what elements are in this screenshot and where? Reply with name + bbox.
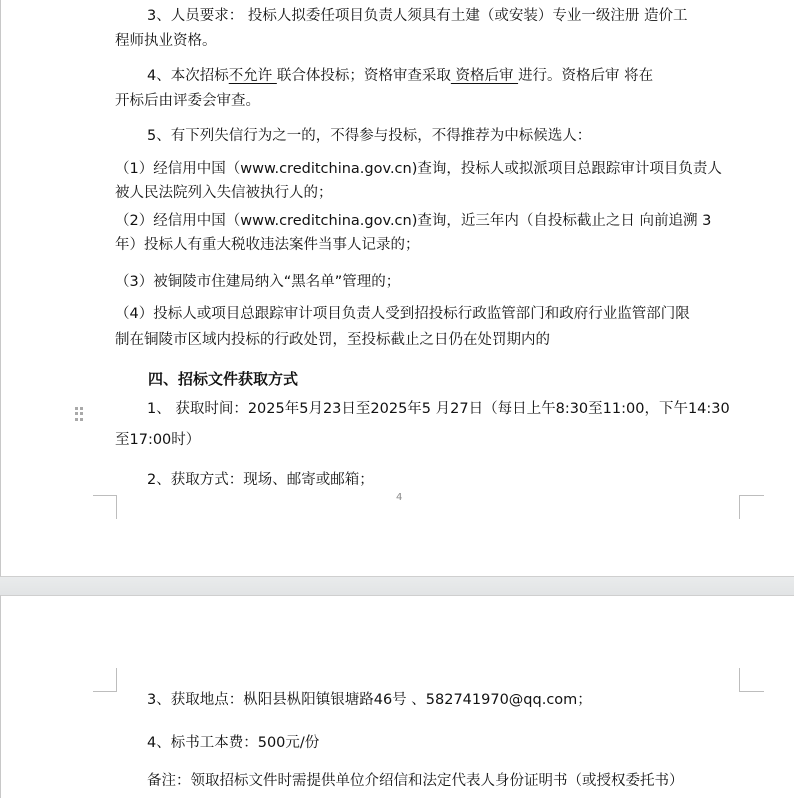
list-item-4-cont[interactable]: 制在铜陵市区域内投标的行政处罚，至投标截止之日仍在处罚期内的 — [115, 330, 550, 350]
underlined-field-post-qualification: 资格后审 — [451, 68, 518, 84]
paragraph-document-fee[interactable]: 4、标书工本费：500元/份 — [147, 733, 319, 753]
section-heading-4[interactable]: 四、招标文件获取方式 — [148, 369, 298, 389]
paragraph-personnel-requirements[interactable]: 3、人员要求： 投标人拟委任项目负责人须具有土建（或安装）专业一级注册 造价工 — [147, 6, 687, 26]
document-page-4: 3、人员要求： 投标人拟委任项目负责人须具有土建（或安装）专业一级注册 造价工 … — [0, 0, 794, 577]
list-item-1[interactable]: （1）经信用中国（www.creditchina.gov.cn)查询，投标人或拟… — [115, 159, 722, 179]
text-segment: 联合体投标；资格审查采取 — [277, 68, 451, 84]
margin-mark-top-right — [739, 668, 764, 692]
paragraph-dishonesty-intro[interactable]: 5、有下列失信行为之一的，不得参与投标，不得推荐为中标候选人： — [147, 126, 591, 146]
list-item-2-cont[interactable]: 年）投标人有重大税收违法案件当事人记录的； — [115, 235, 420, 255]
paragraph-acquisition-time-cont[interactable]: 至17:00时） — [115, 430, 200, 450]
paragraph-acquisition-method[interactable]: 2、获取方式：现场、邮寄或邮箱； — [147, 470, 374, 490]
margin-mark-bottom-left — [93, 495, 117, 519]
paragraph-consortium[interactable]: 4、本次招标不允许 联合体投标；资格审查采取 资格后审 进行。资格后审 将在 — [147, 66, 653, 86]
text-segment: 进行。资格后审 将在 — [518, 68, 653, 84]
page-number: 4 — [396, 492, 402, 503]
drag-handle-icon[interactable] — [75, 407, 83, 421]
document-page-5: 3、获取地点：枞阳县枞阳镇银塘路46号 、582741970@qq.com； 4… — [0, 595, 794, 798]
paragraph-personnel-requirements-cont[interactable]: 程师执业资格。 — [115, 31, 217, 51]
paragraph-acquisition-time[interactable]: 1、 获取时间：2025年5月23日至2025年5 月27日（每日上午8:30至… — [147, 399, 730, 419]
underlined-field-not-allowed: 不允许 — [229, 68, 277, 84]
list-item-1-cont[interactable]: 被人民法院列入失信被执行人的； — [115, 183, 333, 203]
paragraph-acquisition-location[interactable]: 3、获取地点：枞阳县枞阳镇银塘路46号 、582741970@qq.com； — [147, 690, 592, 710]
text-segment: 4、本次招标 — [147, 68, 229, 84]
margin-mark-bottom-right — [739, 495, 764, 519]
list-item-2[interactable]: （2）经信用中国（www.creditchina.gov.cn)查询，近三年内（… — [115, 211, 711, 231]
margin-mark-top-left — [93, 668, 117, 692]
page-separator — [0, 577, 794, 595]
list-item-4[interactable]: （4）投标人或项目总跟踪审计项目负责人受到招投标行政监管部门和政府行业监管部门限 — [115, 304, 690, 324]
list-item-3[interactable]: （3）被铜陵市住建局纳入“黑名单”管理的； — [115, 272, 400, 292]
paragraph-consortium-cont[interactable]: 开标后由评委会审查。 — [115, 91, 260, 111]
paragraph-note[interactable]: 备注：领取招标文件时需提供单位介绍信和法定代表人身份证明书（或授权委托书） — [147, 771, 684, 791]
